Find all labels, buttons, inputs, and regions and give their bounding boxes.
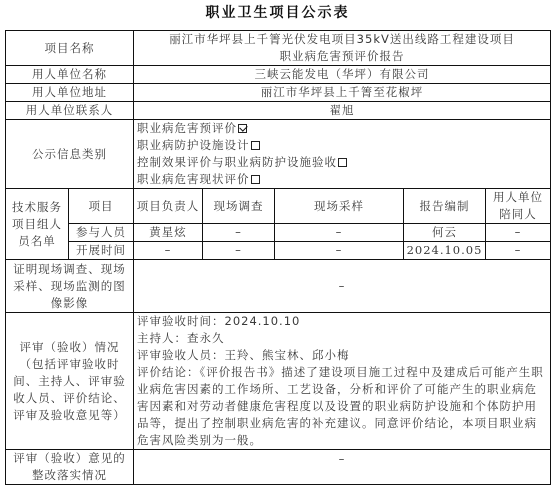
staff-row-label: 开展时间 [69, 242, 134, 260]
row-employer-address: 用人单位地址 丽江市华坪县上千箐至花椒坪 [6, 84, 551, 102]
staff-cell: – [134, 242, 203, 260]
checkbox-unchecked-icon[interactable] [251, 175, 260, 184]
staff-cell: – [203, 224, 275, 242]
staff-cell: – [203, 242, 275, 260]
table-row: 开展时间 – – – 2024.10.05 – [6, 242, 551, 260]
rectification-label: 评审（验收）意见的整改落实情况 [6, 450, 134, 485]
option-label: 职业病危害现状评价 [137, 172, 250, 186]
images-label: 证明现场调查、现场采样、现场监测的图像影像 [6, 260, 134, 313]
review-time: 评审验收时间：2024.10.10 [137, 313, 548, 330]
staff-cell: – [486, 224, 551, 242]
staff-section-label: 技术服务项目组人员名单 [6, 189, 69, 260]
employer-contact-value: 翟旭 [134, 102, 551, 120]
staff-cell: 何云 [404, 224, 486, 242]
option-label: 控制效果评价与职业病防护设施验收 [137, 155, 337, 169]
staff-cell: 2024.10.05 [404, 242, 486, 260]
staff-cell: 黄星炫 [134, 224, 203, 242]
row-review: 评审（验收）情况（包括评审验收时间、主持人、评审验收人员、评价结论、评审及验收意… [6, 313, 551, 450]
row-project-name: 项目名称 丽江市华坪县上千箐光伏发电项目35kV送出线路工程建设项目 职业病危害… [6, 31, 551, 66]
category-option-status-evaluation: 职业病危害现状评价 [137, 171, 548, 188]
staff-header-lead: 项目负责人 [134, 189, 203, 224]
staff-header-item: 项目 [69, 189, 134, 224]
row-staff-header: 技术服务项目组人员名单 项目 项目负责人 现场调查 现场采样 报告编制 用人单位… [6, 189, 551, 224]
review-content: 评审验收时间：2024.10.10 主持人：查永久 评审验收人员：王羚、熊宝林、… [134, 313, 551, 450]
disclosure-table: 项目名称 丽江市华坪县上千箐光伏发电项目35kV送出线路工程建设项目 职业病危害… [5, 30, 551, 485]
row-employer-contact: 用人单位联系人 翟旭 [6, 102, 551, 120]
rectification-value: – [134, 450, 551, 485]
row-employer-name: 用人单位名称 三峡云能发电（华坪）有限公司 [6, 66, 551, 84]
checkbox-checked-icon[interactable] [238, 124, 247, 133]
staff-cell: – [486, 242, 551, 260]
review-conclusion: 评价结论：《评价报告书》描述了建设项目施工过程中及建成后可能产生职业病危害因素的… [137, 364, 548, 449]
checkbox-unchecked-icon[interactable] [338, 158, 347, 167]
images-value: – [134, 260, 551, 313]
category-options: 职业病危害预评价 职业病防护设施设计 控制效果评价与职业病防护设施验收 职业病危… [134, 120, 551, 189]
row-category: 公示信息类别 职业病危害预评价 职业病防护设施设计 控制效果评价与职业病防护设施… [6, 120, 551, 189]
staff-cell: – [275, 242, 404, 260]
staff-row-label: 参与人员 [69, 224, 134, 242]
review-host: 主持人：查永久 [137, 330, 548, 347]
project-name-line2: 职业病危害预评价报告 [136, 48, 548, 65]
project-name-label: 项目名称 [6, 31, 134, 66]
category-label: 公示信息类别 [6, 120, 134, 189]
staff-cell: – [275, 224, 404, 242]
table-row: 参与人员 黄星炫 – – 何云 – [6, 224, 551, 242]
review-label: 评审（验收）情况（包括评审验收时间、主持人、评审验收人员、评价结论、评审及验收意… [6, 313, 134, 450]
review-members: 评审验收人员：王羚、熊宝林、邱小梅 [137, 347, 548, 364]
project-name-line1: 丽江市华坪县上千箐光伏发电项目35kV送出线路工程建设项目 [136, 31, 548, 48]
staff-header-survey: 现场调查 [203, 189, 275, 224]
category-option-control-effect: 控制效果评价与职业病防护设施验收 [137, 154, 548, 171]
page-title: 职业卫生项目公示表 [0, 4, 555, 22]
project-name-value: 丽江市华坪县上千箐光伏发电项目35kV送出线路工程建设项目 职业病危害预评价报告 [134, 31, 551, 66]
checkbox-unchecked-icon[interactable] [251, 141, 260, 150]
employer-name-value: 三峡云能发电（华坪）有限公司 [134, 66, 551, 84]
employer-contact-label: 用人单位联系人 [6, 102, 134, 120]
staff-header-sampling: 现场采样 [275, 189, 404, 224]
category-option-pre-evaluation: 职业病危害预评价 [137, 120, 548, 137]
staff-header-escort: 用人单位陪同人 [486, 189, 551, 224]
row-images: 证明现场调查、现场采样、现场监测的图像影像 – [6, 260, 551, 313]
employer-address-value: 丽江市华坪县上千箐至花椒坪 [134, 84, 551, 102]
staff-header-report: 报告编制 [404, 189, 486, 224]
row-rectification: 评审（验收）意见的整改落实情况 – [6, 450, 551, 485]
employer-address-label: 用人单位地址 [6, 84, 134, 102]
option-label: 职业病危害预评价 [137, 121, 237, 135]
employer-name-label: 用人单位名称 [6, 66, 134, 84]
option-label: 职业病防护设施设计 [137, 138, 250, 152]
category-option-protection-design: 职业病防护设施设计 [137, 137, 548, 154]
